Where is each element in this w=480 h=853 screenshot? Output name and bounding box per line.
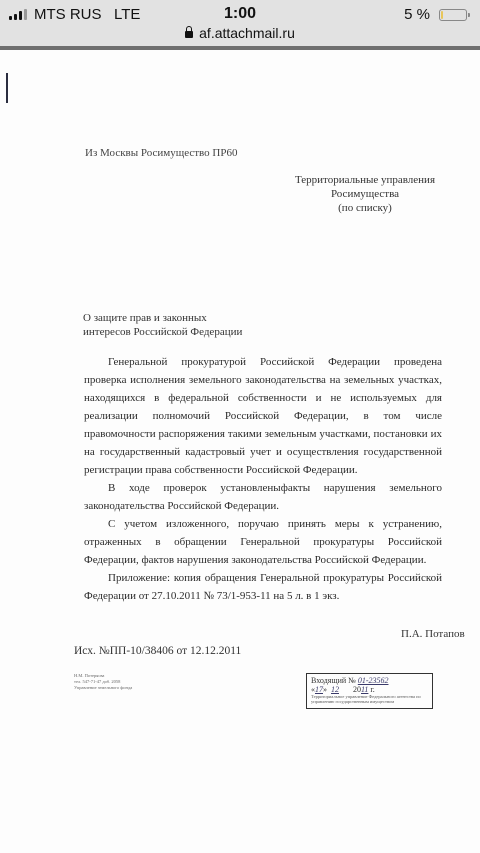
executor-department: Управление земельного фонда — [74, 685, 132, 691]
scan-margin-mark — [6, 73, 8, 103]
lock-icon — [185, 31, 193, 38]
paragraph: В ходе проверок установленыфакты нарушен… — [84, 479, 442, 515]
letter-body: Генеральной прокуратурой Российской Феде… — [84, 353, 442, 605]
stamp-label: Входящий № — [311, 676, 356, 685]
subject-block: О защите прав и законных интересов Росси… — [83, 311, 242, 339]
address-bar[interactable]: af.attachmail.ru — [0, 25, 480, 41]
stamp-day: 17 — [315, 685, 323, 694]
stamp-month: 12 — [331, 685, 339, 694]
url-text: af.attachmail.ru — [199, 25, 295, 41]
status-bar: MTS RUS LTE 1:00 5 % af.attachmail.ru — [0, 0, 480, 46]
paragraph: С учетом изложенного, поручаю принять ме… — [84, 515, 442, 569]
stamp-year-unit: г. — [370, 685, 374, 694]
stamp-year: 11 — [361, 685, 368, 694]
from-line: Из Москвы Росимущество ПР60 — [85, 147, 237, 159]
stamp-year-prefix: 20 — [353, 685, 361, 694]
paragraph: Приложение: копия обращения Генеральной … — [84, 569, 442, 605]
addressee-line: Территориальные управления — [280, 173, 450, 187]
executor-info: Н.М. Потерясва тел. 547-71-47 доб. 2058 … — [74, 673, 132, 691]
paragraph: Генеральной прокуратурой Российской Феде… — [84, 353, 442, 479]
stamp-footer: Территориальное управление Федерального … — [311, 694, 428, 704]
addressee-line: Росимущества — [280, 187, 450, 201]
signature: П.А. Потапов — [401, 628, 465, 640]
incoming-stamp: Входящий № 01-23562 «17» 12 2011 г. Терр… — [306, 673, 433, 709]
battery-icon — [439, 9, 467, 21]
battery-percent: 5 % — [404, 6, 430, 23]
outgoing-number: Исх. №ПП-10/38406 от 12.12.2011 — [74, 645, 241, 657]
stamp-number: 01-23562 — [358, 676, 389, 685]
subject-line: интересов Российской Федерации — [83, 325, 242, 339]
subject-line: О защите прав и законных — [83, 311, 242, 325]
addressee-block: Территориальные управления Росимущества … — [280, 173, 450, 215]
addressee-line: (по списку) — [280, 201, 450, 215]
